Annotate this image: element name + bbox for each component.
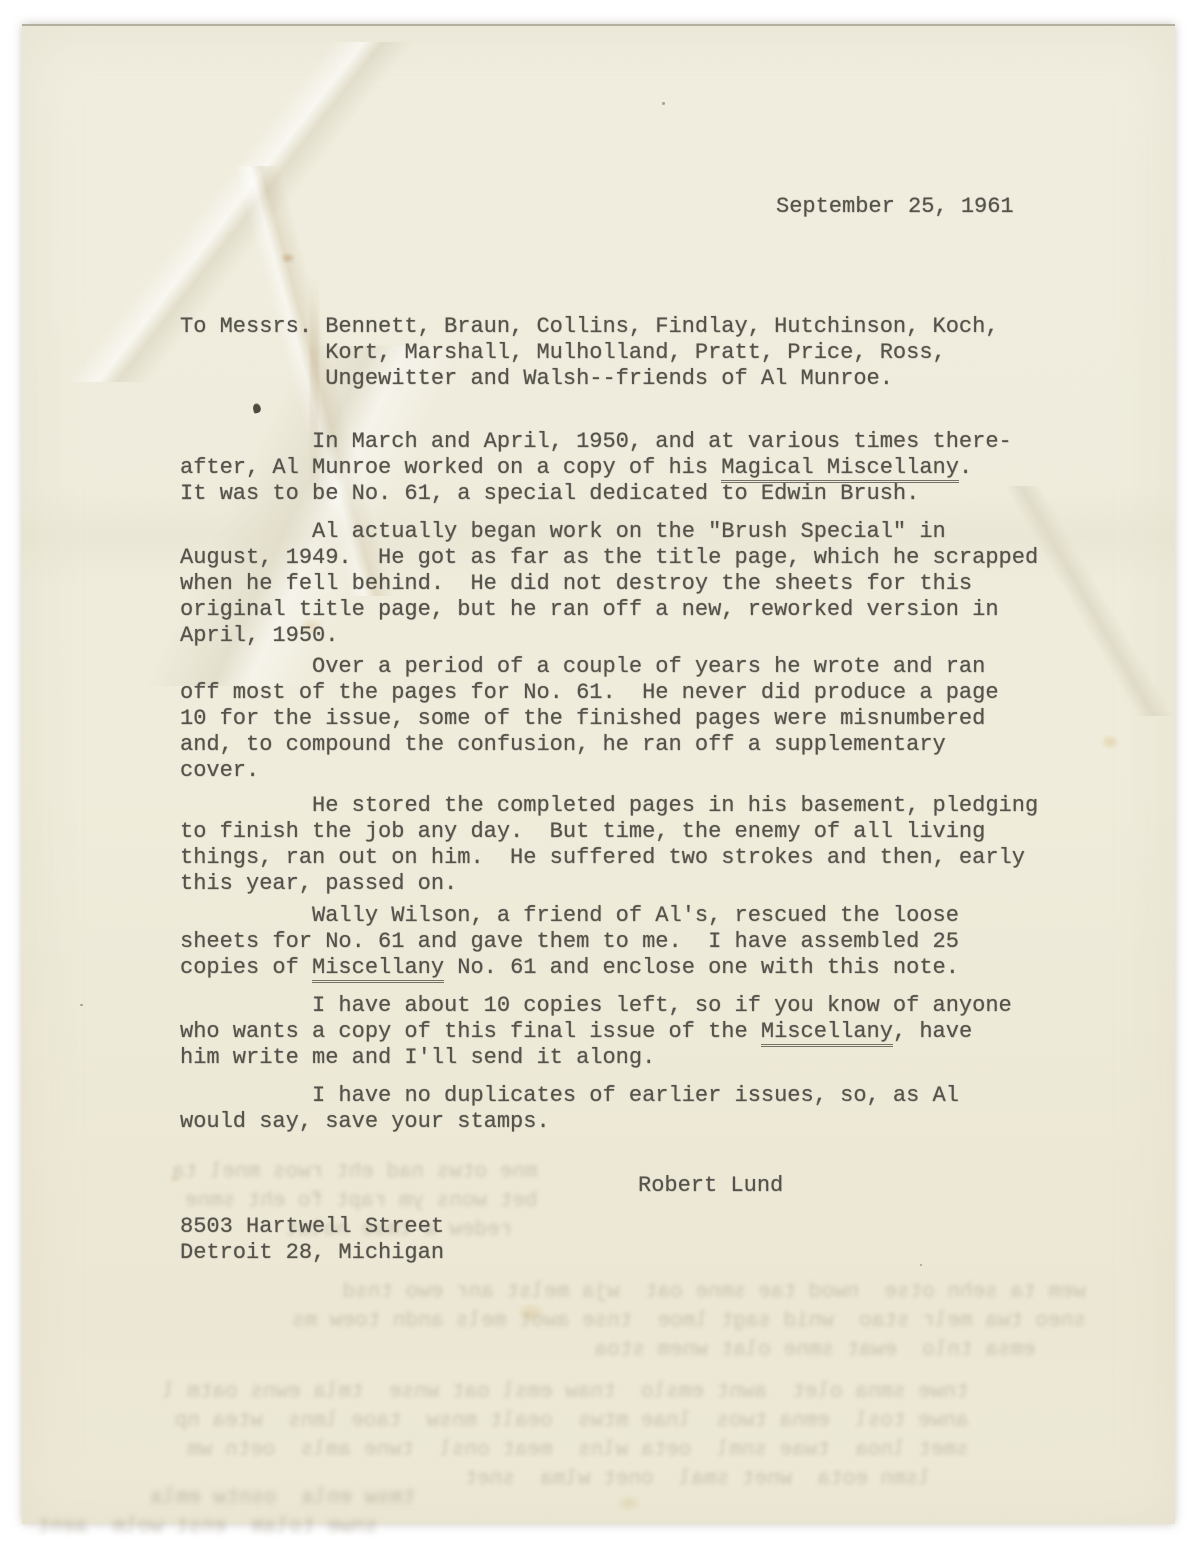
letter-paragraph-3: Over a period of a couple of years he wr… xyxy=(180,654,999,784)
age-spot xyxy=(1100,734,1120,750)
underlined-text: Magical Miscellany xyxy=(721,455,959,483)
bleedthrough-text: wem ta sehn otse nwod tae smne oat wja m… xyxy=(292,1278,1086,1365)
text-run: I have no duplicates of earlier issues, … xyxy=(180,1083,959,1134)
sender-address: 8503 Hartwell Street Detroit 28, Michiga… xyxy=(180,1214,444,1266)
ink-speck xyxy=(252,402,262,413)
letter-paragraph-6: I have about 10 copies left, so if you k… xyxy=(180,993,1012,1071)
addressee-block: To Messrs. Bennett, Braun, Collins, Find… xyxy=(180,314,999,392)
dust-speck xyxy=(920,1264,922,1266)
text-run: No. 61 and enclose one with this note. xyxy=(444,955,959,980)
underlined-text: Miscellany xyxy=(312,955,444,983)
text-run: Over a period of a couple of years he wr… xyxy=(180,654,999,783)
bleedthrough-text: tnwe smna olet awnt emslo tnaw emsl oat … xyxy=(162,1378,969,1494)
dust-speck xyxy=(662,102,665,105)
letter-paragraph-1: In March and April, 1950, and at various… xyxy=(180,429,1012,507)
dust-speck xyxy=(80,1004,83,1006)
age-spot xyxy=(280,252,296,264)
scan-background: mne otws nad eht rwos mnel ta bet wons y… xyxy=(0,0,1200,1547)
bleedthrough-text: tmsw enla osntw emla snwe tolam enst wol… xyxy=(37,1484,415,1542)
letter-page: mne otws nad eht rwos mnel ta bet wons y… xyxy=(22,24,1175,1524)
letter-date: September 25, 1961 xyxy=(776,194,1014,220)
age-spot xyxy=(616,1494,642,1512)
text-run: Al actually began work on the "Brush Spe… xyxy=(180,519,1038,648)
underlined-text: Miscellany xyxy=(761,1019,893,1047)
letter-paragraph-7: I have no duplicates of earlier issues, … xyxy=(180,1083,959,1135)
letter-paragraph-4: He stored the completed pages in his bas… xyxy=(180,793,1038,897)
text-run: He stored the completed pages in his bas… xyxy=(180,793,1038,896)
letter-paragraph-5: Wally Wilson, a friend of Al's, rescued … xyxy=(180,903,959,981)
signature-name: Robert Lund xyxy=(638,1173,783,1199)
letter-paragraph-2: Al actually began work on the "Brush Spe… xyxy=(180,519,1038,649)
